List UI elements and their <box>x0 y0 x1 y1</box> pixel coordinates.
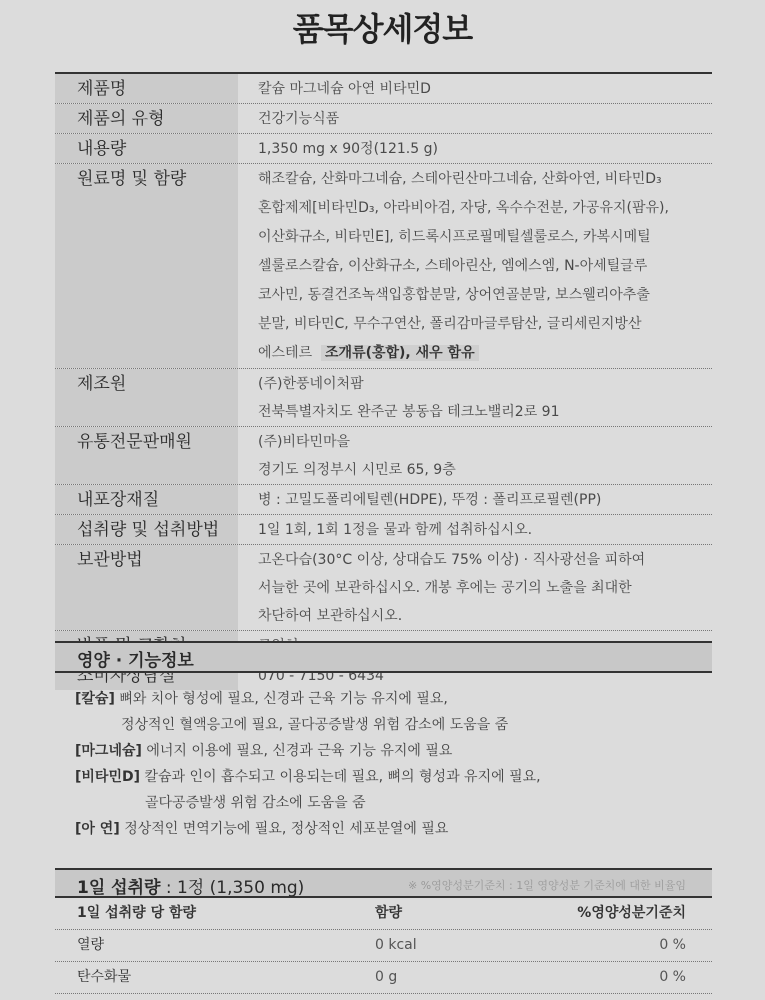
serving-label: 1일 섭취량 <box>77 878 160 898</box>
value-line: (주)비타민마을 <box>258 428 712 456</box>
function-item-vitamin-d-cont: 골다공증발생 위험 감소에 도움을 줌 <box>75 790 541 816</box>
info-value: 건강기능식품 <box>238 104 712 133</box>
nutrition-note: ※ %영양성분기준치 : 1일 영양성분 기준치에 대한 비율임 <box>408 877 686 893</box>
value-line: 건강기능식품 <box>258 105 712 133</box>
value-line: 병 : 고밀도폴리에틸렌(HDPE), 뚜껑 : 폴리프로필렌(PP) <box>258 486 712 514</box>
info-row-contents: 내용량 1,350 mg x 90정(121.5 g) <box>55 134 712 164</box>
info-value: 1,350 mg x 90정(121.5 g) <box>238 134 712 163</box>
function-text: 골다공증발생 위험 감소에 도움을 줌 <box>145 795 366 811</box>
function-item-calcium: [칼슘] 뼈와 치아 형성에 필요, 신경과 근육 기능 유지에 필요, <box>75 686 541 712</box>
info-value: 병 : 고밀도폴리에틸렌(HDPE), 뚜껑 : 폴리프로필렌(PP) <box>238 485 712 514</box>
function-text: 정상적인 면역기능에 필요, 정상적인 세포분열에 필요 <box>124 821 448 837</box>
value-line: (주)한풍네이처팜 <box>258 370 712 398</box>
nutrient-percent: 0 % <box>545 962 712 993</box>
info-value: (주)한풍네이처팜 전북특별자치도 완주군 봉동읍 테크노밸리2로 91 <box>238 369 712 426</box>
value-line: 셀룰로스칼슘, 이산화규소, 스테아린산, 엠에스엠, N-아세틸글루 <box>258 252 712 281</box>
serving-value: : 1정 (1,350 mg) <box>160 878 304 898</box>
function-text: 에너지 이용에 필요, 신경과 근육 기능 유지에 필요 <box>146 743 452 759</box>
nutrient-amount: 0 kcal <box>375 930 545 961</box>
function-item-vitamin-d: [비타민D] 칼슘과 인이 흡수되고 이용되는데 필요, 뼈의 형성과 유지에 … <box>75 764 541 790</box>
value-line: 서늘한 곳에 보관하십시오. 개봉 후에는 공기의 노출을 최대한 <box>258 574 712 602</box>
info-row-storage: 보관방법 고온다습(30°C 이상, 상대습도 75% 이상) · 직사광선을 … <box>55 545 712 631</box>
page-title: 품목상세정보 <box>0 4 765 50</box>
info-label: 원료명 및 함량 <box>55 164 238 368</box>
function-tag: [마그네슘] <box>75 743 142 759</box>
section-title: 영양 · 기능정보 <box>77 646 194 671</box>
nutrition-table-header: 1일 섭취량 당 함량 함량 %영양성분기준치 <box>55 898 712 930</box>
serving-size: 1일 섭취량 : 1정 (1,350 mg) <box>77 873 304 898</box>
info-row-intake: 섭취량 및 섭취방법 1일 1회, 1회 1정을 물과 함께 섭취하십시오. <box>55 515 712 545</box>
value-line: 고온다습(30°C 이상, 상대습도 75% 이상) · 직사광선을 피하여 <box>258 546 712 574</box>
value-line: 칼슘 마그네슘 아연 비타민D <box>258 75 712 103</box>
value-line: 혼합제제[비타민D₃, 아라비아검, 자당, 옥수수전분, 가공유지(팜유), <box>258 194 712 223</box>
info-row-distributor: 유통전문판매원 (주)비타민마을 경기도 의정부시 시민로 65, 9층 <box>55 427 712 485</box>
value-line: 에스테르 조개류(홍합), 새우 함유 <box>258 339 712 368</box>
function-tag: [칼슘] <box>75 691 115 707</box>
info-label: 내용량 <box>55 134 238 163</box>
value-line: 차단하여 보관하십시오. <box>258 602 712 630</box>
info-value: 고온다습(30°C 이상, 상대습도 75% 이상) · 직사광선을 피하여 서… <box>238 545 712 630</box>
info-value: 1일 1회, 1회 1정을 물과 함께 섭취하십시오. <box>238 515 712 544</box>
info-label: 제품의 유형 <box>55 104 238 133</box>
function-tag: [비타민D] <box>75 769 140 785</box>
info-row-manufacturer: 제조원 (주)한풍네이처팜 전북특별자치도 완주군 봉동읍 테크노밸리2로 91 <box>55 369 712 427</box>
value-line: 1일 1회, 1회 1정을 물과 함께 섭취하십시오. <box>258 516 712 544</box>
product-info-table: 제품명 칼슘 마그네슘 아연 비타민D 제품의 유형 건강기능식품 내용량 1,… <box>55 72 712 690</box>
nutrition-header: 1일 섭취량 : 1정 (1,350 mg) ※ %영양성분기준치 : 1일 영… <box>55 868 712 898</box>
value-line: 전북특별자치도 완주군 봉동읍 테크노밸리2로 91 <box>258 398 712 426</box>
function-text: 정상적인 혈액응고에 필요, 골다공증발생 위험 감소에 도움을 줌 <box>121 717 508 733</box>
column-header: 함량 <box>375 898 545 929</box>
info-label: 내포장재질 <box>55 485 238 514</box>
nutrient-name: 열량 <box>55 930 375 961</box>
nutrient-amount: 0 g <box>375 962 545 993</box>
function-section-header: 영양 · 기능정보 <box>55 641 712 673</box>
column-header: %영양성분기준치 <box>545 898 712 929</box>
function-tag: [아 연] <box>75 821 120 837</box>
info-value: 해조칼슘, 산화마그네슘, 스테아린산마그네슘, 산화아연, 비타민D₃ 혼합제… <box>238 164 712 368</box>
table-row: 열량 0 kcal 0 % <box>55 930 712 962</box>
info-label: 보관방법 <box>55 545 238 630</box>
info-row-product-name: 제품명 칼슘 마그네슘 아연 비타민D <box>55 74 712 104</box>
table-row: 탄수화물 0 g 0 % <box>55 962 712 994</box>
function-item-magnesium: [마그네슘] 에너지 이용에 필요, 신경과 근육 기능 유지에 필요 <box>75 738 541 764</box>
value-line: 분말, 비타민C, 무수구연산, 폴리감마글루탐산, 글리세린지방산 <box>258 310 712 339</box>
info-label: 제조원 <box>55 369 238 426</box>
info-label: 유통전문판매원 <box>55 427 238 484</box>
allergen-notice: 조개류(홍합), 새우 함유 <box>321 345 479 361</box>
column-header: 1일 섭취량 당 함량 <box>55 898 375 929</box>
value-line: 경기도 의정부시 시민로 65, 9층 <box>258 456 712 484</box>
function-text: 뼈와 치아 형성에 필요, 신경과 근육 기능 유지에 필요, <box>119 691 448 707</box>
function-text: 칼슘과 인이 흡수되고 이용되는데 필요, 뼈의 형성과 유지에 필요, <box>144 769 540 785</box>
value-text: 에스테르 <box>258 345 312 361</box>
function-list: [칼슘] 뼈와 치아 형성에 필요, 신경과 근육 기능 유지에 필요, 정상적… <box>75 686 541 842</box>
info-row-product-type: 제품의 유형 건강기능식품 <box>55 104 712 134</box>
info-label: 제품명 <box>55 74 238 103</box>
nutrition-table: 1일 섭취량 당 함량 함량 %영양성분기준치 열량 0 kcal 0 % 탄수… <box>55 898 712 994</box>
value-line: 1,350 mg x 90정(121.5 g) <box>258 135 712 163</box>
function-item-calcium-cont: 정상적인 혈액응고에 필요, 골다공증발생 위험 감소에 도움을 줌 <box>75 712 541 738</box>
info-value: 칼슘 마그네슘 아연 비타민D <box>238 74 712 103</box>
info-value: (주)비타민마을 경기도 의정부시 시민로 65, 9층 <box>238 427 712 484</box>
value-line: 이산화규소, 비타민E], 히드록시프로필메틸셀룰로스, 카복시메틸 <box>258 223 712 252</box>
function-item-zinc: [아 연] 정상적인 면역기능에 필요, 정상적인 세포분열에 필요 <box>75 816 541 842</box>
nutrient-name: 탄수화물 <box>55 962 375 993</box>
info-label: 섭취량 및 섭취방법 <box>55 515 238 544</box>
nutrient-percent: 0 % <box>545 930 712 961</box>
value-line: 코사민, 동결건조녹색입홍합분말, 상어연골분말, 보스웰리아추출 <box>258 281 712 310</box>
value-line: 해조칼슘, 산화마그네슘, 스테아린산마그네슘, 산화아연, 비타민D₃ <box>258 165 712 194</box>
info-row-packaging: 내포장재질 병 : 고밀도폴리에틸렌(HDPE), 뚜껑 : 폴리프로필렌(PP… <box>55 485 712 515</box>
info-row-ingredients: 원료명 및 함량 해조칼슘, 산화마그네슘, 스테아린산마그네슘, 산화아연, … <box>55 164 712 369</box>
